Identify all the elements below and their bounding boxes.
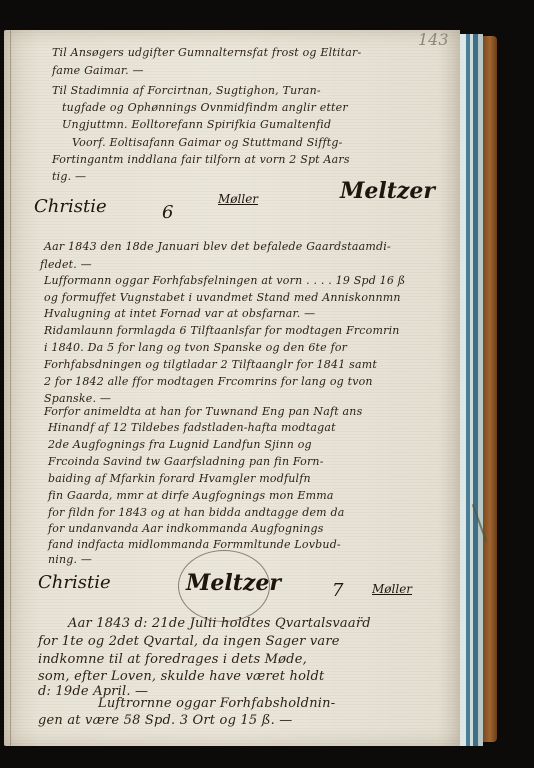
text-line: Til Ansøgers udgifter Gumnalternsfat fro… bbox=[52, 46, 361, 59]
text-line: tugfade og Ophønnings Ovnmidfindm anglir… bbox=[62, 101, 348, 114]
text-line: 2de Augfognings fra Lugnid Landfun Sjinn… bbox=[48, 438, 312, 451]
text-line: i 1840. Da 5 for lang og tvon Spanske og… bbox=[44, 341, 347, 354]
leather-binding bbox=[483, 36, 497, 742]
text-line: og formuffet Vugnstabet i uvandmet Stand… bbox=[44, 291, 401, 304]
text-line: for 1te og 2det Qvartal, da ingen Sager … bbox=[38, 634, 340, 649]
text-line: indkomne til at foredrages i dets Møde, bbox=[38, 652, 307, 667]
text-line: fin Gaarda, mmr at dirfe Augfognings mon… bbox=[48, 489, 334, 502]
text-line: Fortingantm inddlana fair tilforn at vor… bbox=[52, 153, 350, 166]
text-line: Voorf. Eoltisafann Gaimar og Stuttmand S… bbox=[72, 136, 343, 149]
text-line: Aar 1843 d: 21de Julii holdtes Qvartalsv… bbox=[68, 616, 371, 631]
text-line: 2 for 1842 alle ffor modtagen Frcomrins … bbox=[44, 375, 373, 388]
signature-moller: Møller bbox=[218, 192, 258, 206]
text-line: ning. — bbox=[48, 553, 92, 566]
text-line: Ungjuttmn. Eolltorefann Spirifkia Gumalt… bbox=[62, 118, 331, 131]
text-line: fand indfacta midlommanda Formmltunde Lo… bbox=[48, 538, 341, 551]
text-line: Hinandf af 12 Tildebes fadstladen-hafta … bbox=[48, 421, 336, 434]
signature-mark: 7 bbox=[332, 580, 343, 601]
signature-mark: 6 bbox=[162, 202, 173, 223]
signature-christie: Christie bbox=[38, 572, 111, 593]
text-line: Ridamlaunn formlagda 6 Tilftaanlsfar for… bbox=[44, 324, 400, 337]
text-line: fame Gaimar. — bbox=[52, 64, 144, 77]
text-line: gen at være 58 Spd. 3 Ort og 15 ß. — bbox=[38, 713, 292, 728]
text-line: Spanske. — bbox=[44, 392, 111, 405]
text-line: Forfor animeldta at han for Tuwnand Eng … bbox=[44, 405, 362, 418]
text-line: Til Stadimnia af Forcirtnan, Sugtighon, … bbox=[52, 84, 321, 97]
text-line: for fildn for 1843 og at han bidda andta… bbox=[48, 506, 345, 519]
signature-christie: Christie bbox=[34, 196, 107, 217]
text-line: tig. — bbox=[52, 170, 86, 183]
text-line: for undanvanda Aar indkommanda Augfognin… bbox=[48, 522, 324, 535]
page-number: 143 bbox=[418, 30, 449, 49]
signature-meltzer: Meltzer bbox=[186, 570, 281, 596]
signature-moller: Møller bbox=[372, 582, 412, 596]
text-line: Hvalugning at intet Fornad var at obsfar… bbox=[44, 307, 315, 320]
text-line: fledet. — bbox=[40, 258, 92, 271]
text-line: Frcoinda Savind tw Gaarfsladning pan fin… bbox=[48, 455, 324, 468]
signature-meltzer: Meltzer bbox=[340, 178, 435, 204]
text-line: Forhfabsdningen og tilgtladar 2 Tilftaan… bbox=[44, 358, 377, 371]
text-line: som, efter Loven, skulde have været hold… bbox=[38, 669, 324, 684]
text-line: baiding af Mfarkin forard Hvamgler modfu… bbox=[48, 472, 311, 485]
text-line: Lufformann oggar Forhfabsfelningen at vo… bbox=[44, 274, 405, 287]
margin-rule bbox=[10, 30, 11, 746]
text-line: Luftrornne oggar Forhfabsholdnin- bbox=[98, 696, 335, 711]
text-line: Aar 1843 den 18de Januari blev det befal… bbox=[44, 240, 391, 253]
